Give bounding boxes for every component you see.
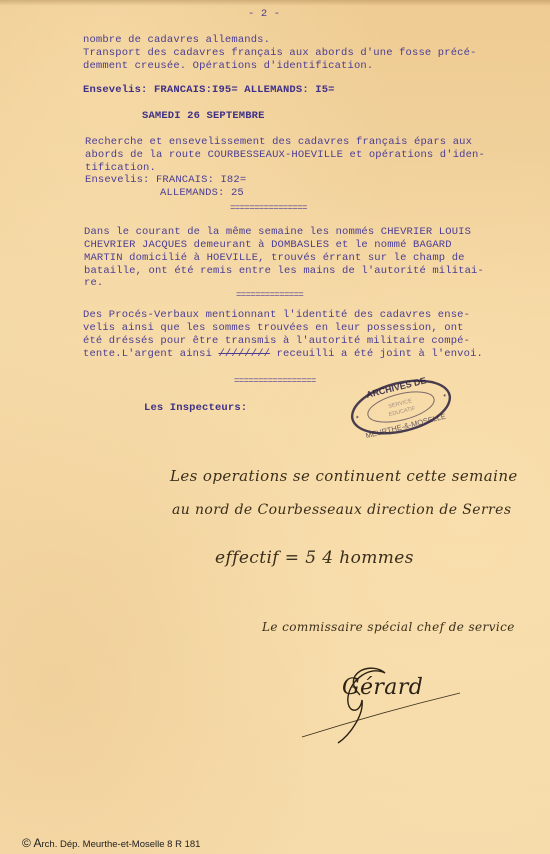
buried-german: ALLEMANDS: 25 — [160, 187, 244, 200]
text-line: tification. — [85, 162, 156, 175]
text-line: tente.L'argent ainsi //////// receuilli … — [83, 348, 483, 361]
text-line: nombre de cadavres allemands. — [83, 34, 270, 47]
text-line: abords de la route COURBESSEAUX-HOEVILLE… — [85, 149, 485, 162]
handwritten-line: Les operations se continuent cette semai… — [170, 467, 518, 485]
text-line: CHEVRIER JACQUES demeurant à DOMBASLES e… — [84, 239, 452, 252]
signature-text: Gérard — [342, 675, 423, 700]
struck-out-text: //////// — [218, 348, 270, 360]
text-line: velis ainsi que les sommes trouvées en l… — [83, 322, 464, 335]
page-number: - 2 - — [248, 8, 280, 21]
svg-text:*: * — [355, 415, 361, 424]
text-fragment: tente.L'argent ainsi — [83, 348, 218, 360]
text-line: Dans le courant de la même semaine les n… — [84, 226, 471, 239]
credit-initial: A — [33, 836, 41, 850]
signature: Gérard — [300, 655, 470, 745]
divider: ============== — [236, 290, 303, 300]
text-line: re. — [84, 277, 103, 290]
divider: ================ — [230, 203, 307, 213]
text-fragment: receuilli a été joint à l'envoi. — [270, 348, 483, 360]
signature-icon — [300, 655, 470, 745]
text-line: bataille, ont été remis entre les mains … — [84, 265, 484, 278]
text-line: Transport des cadavres français aux abor… — [83, 47, 477, 60]
svg-text:MEURTHE-&-MOSELLE: MEURTHE-&-MOSELLE — [365, 412, 447, 438]
handwritten-line: au nord de Courbesseaux direction de Ser… — [172, 502, 511, 518]
buried-tally: Ensevelis: FRANCAIS:I95= ALLEMANDS: I5= — [83, 84, 335, 97]
credit-text: rch. Dép. Meurthe-et-Moselle 8 R 181 — [42, 839, 201, 850]
text-line: MARTIN domicilié à HOEVILLE, trouvés érr… — [84, 252, 465, 265]
copyright-credit: © Arch. Dép. Meurthe-et-Moselle 8 R 181 — [22, 836, 200, 850]
svg-text:ARCHIVES DE: ARCHIVES DE — [365, 376, 427, 400]
buried-french: Ensevelis: FRANCAIS: I82= — [85, 174, 246, 187]
text-line: été dréssés pour être transmis à l'autor… — [83, 335, 470, 348]
copyright-icon: © — [22, 836, 31, 850]
text-line: Des Procés-Verbaux mentionnant l'identit… — [83, 309, 470, 322]
text-line: demment creusée. Opérations d'identifica… — [83, 60, 373, 73]
date-heading: SAMEDI 26 SEPTEMBRE — [142, 110, 265, 123]
signatories-label: Les Inspecteurs: — [144, 402, 247, 415]
handwritten-line: Le commissaire spécial chef de service — [262, 620, 515, 634]
svg-text:*: * — [442, 394, 448, 403]
text-line: Recherche et ensevelissement des cadavre… — [85, 136, 472, 149]
archive-stamp: ARCHIVES DE MEURTHE-&-MOSELLE SERVICE ED… — [348, 376, 454, 438]
stamp-icon: ARCHIVES DE MEURTHE-&-MOSELLE SERVICE ED… — [348, 376, 454, 438]
handwritten-line: effectif = 5 4 hommes — [215, 548, 414, 568]
divider: ================= — [234, 376, 316, 386]
paper-edge — [0, 0, 550, 6]
